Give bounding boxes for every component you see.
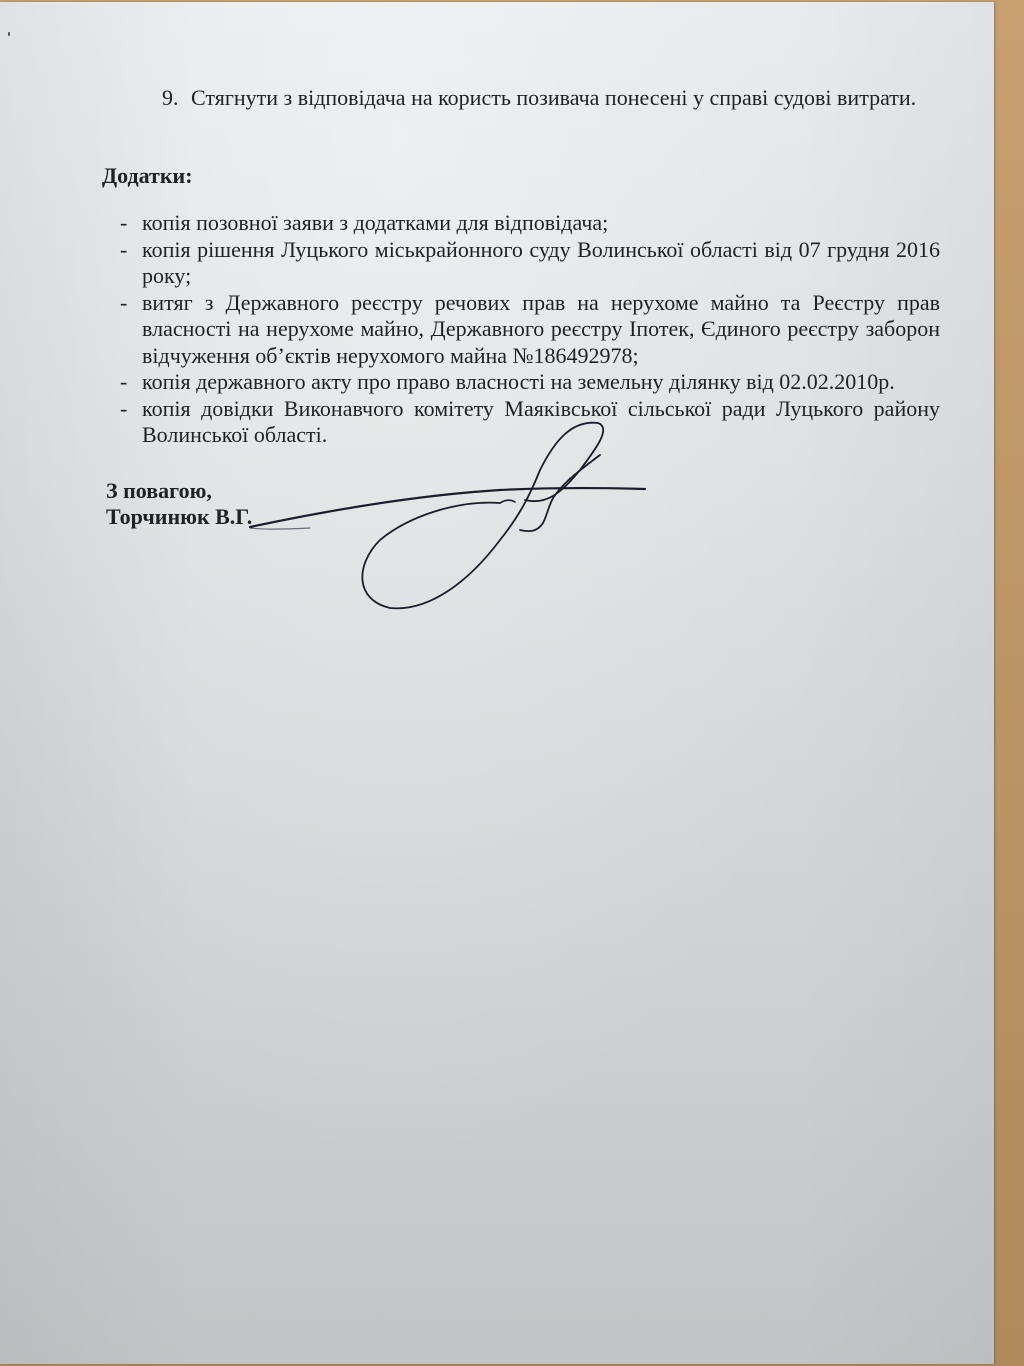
closing-regards: З повагою,: [106, 478, 252, 504]
attachment-item: - копія рішення Луцького міськрайонного …: [100, 237, 940, 290]
attachments-heading: Додатки:: [102, 162, 193, 190]
bullet-dash: -: [120, 290, 127, 317]
document-page: 9. Стягнути з відповідача на користь поз…: [0, 2, 994, 1364]
bullet-dash: -: [120, 369, 127, 396]
attachment-item: - копія державного акту про право власно…: [100, 369, 940, 396]
bullet-dash: -: [120, 396, 127, 423]
bullet-dash: -: [120, 237, 127, 264]
attachment-text: копія рішення Луцького міськрайонного су…: [142, 237, 940, 289]
claim-item-number: 9.: [162, 84, 190, 112]
claim-item-9: 9. Стягнути з відповідача на користь поз…: [162, 84, 932, 112]
paper-speck: [8, 32, 10, 36]
attachment-item: - копія позовної заяви з додатками для в…: [100, 210, 940, 237]
closing-block: З повагою, Торчинюк В.Г.: [106, 478, 252, 530]
bullet-dash: -: [120, 210, 127, 237]
attachment-item: - копія довідки Виконавчого комітету Мая…: [100, 396, 940, 449]
attachment-item: - витяг з Державного реєстру речових пра…: [100, 290, 940, 370]
attachment-text: витяг з Державного реєстру речових прав …: [142, 290, 940, 368]
attachment-text: копія довідки Виконавчого комітету Маякі…: [142, 396, 940, 448]
attachments-list: - копія позовної заяви з додатками для в…: [100, 210, 940, 449]
attachment-text: копія державного акту про право власност…: [142, 369, 895, 394]
signatory-name: Торчинюк В.Г.: [106, 504, 252, 530]
attachment-text: копія позовної заяви з додатками для від…: [142, 210, 608, 235]
claim-item-text: Стягнути з відповідача на користь позива…: [191, 84, 929, 112]
